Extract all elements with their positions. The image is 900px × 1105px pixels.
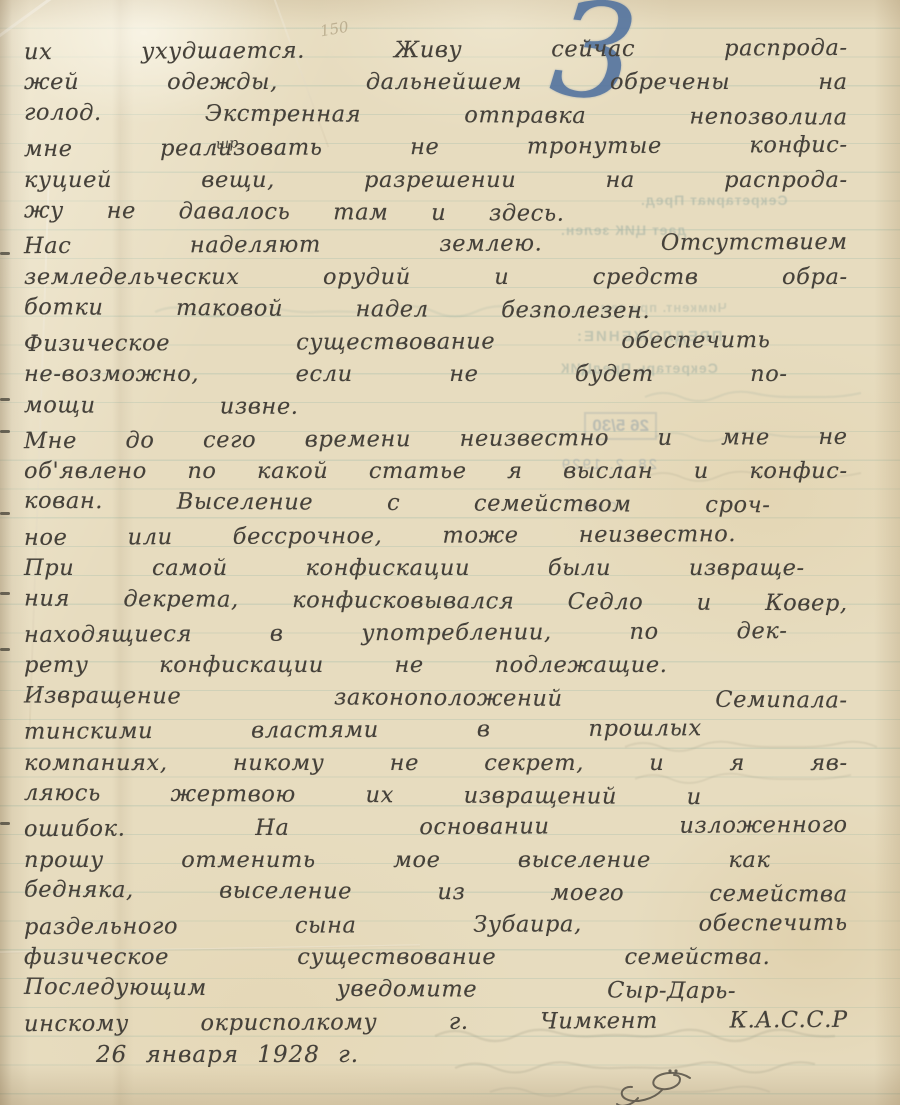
manuscript-line-1: их ухудшается. Живу сейчас распрода- xyxy=(24,32,848,69)
manuscript-line-18: ния декрета, конфисковывался Седло и Ков… xyxy=(24,582,848,619)
manuscript-line-5: куцией вещи, разрешении на распрода- xyxy=(24,164,848,196)
manuscript-page: Секретариат Пред. дает ЦИК зелен. Чимкен… xyxy=(0,0,900,1105)
manuscript-line-22: тинскими властями в прошлых xyxy=(24,712,702,748)
edge-ink-mark xyxy=(0,648,10,651)
manuscript-line-29: физическое существование семейства. xyxy=(24,941,770,973)
interline-insertion: шр xyxy=(215,135,238,153)
manuscript-line-6: жу не давалось там и здесь. xyxy=(24,194,565,230)
manuscript-line-23: компаниях, никому не секрет, и я яв- xyxy=(24,747,848,779)
edge-ink-mark xyxy=(0,252,10,255)
manuscript-line-20: рету конфискации не подлежащие. xyxy=(24,649,668,681)
manuscript-line-30: Последующим уведомите Сыр-Дарь- xyxy=(24,971,736,1008)
manuscript-line-27: бедняка, выселение из моего семейства xyxy=(24,874,848,911)
manuscript-line-31: инскому окрисполкому г. Чимкент К.А.С.С.… xyxy=(24,1004,848,1041)
manuscript-line-2: жей одежды, дальнейшем обречены на xyxy=(24,66,848,98)
manuscript-line-8: земледельческих орудий и средств обра- xyxy=(24,261,848,293)
edge-ink-mark xyxy=(0,430,10,433)
manuscript-line-13: Мне до сего времени неизвестно и мне не xyxy=(24,421,848,458)
manuscript-line-10: Физическое существование обеспечить xyxy=(24,324,771,360)
edge-ink-mark xyxy=(0,592,10,595)
manuscript-line-21: Извращение законоположений Семипала- xyxy=(24,679,848,716)
manuscript-line-4: мне реализовать не тронутые конфис- xyxy=(24,129,848,166)
signature-arabic-icon xyxy=(612,1068,702,1105)
manuscript-lines: их ухудшается. Живу сейчас распрода-жей … xyxy=(24,34,882,1038)
manuscript-line-26: прошу отменить мое выселение как xyxy=(24,844,770,876)
edge-ink-mark xyxy=(0,398,10,401)
manuscript-line-3: голод. Экстренная отправка непозволила xyxy=(24,96,848,133)
manuscript-line-25: ошибок. На основании изложенного xyxy=(24,809,848,846)
manuscript-line-7: Нас наделяют землею. Отсутствием xyxy=(24,226,848,263)
manuscript-line-19: находящиеся в употреблении, по дек- xyxy=(24,615,788,651)
manuscript-line-17: При самой конфискации были извраще- xyxy=(24,552,805,584)
manuscript-line-24: ляюсь жертвою их извращений и xyxy=(24,777,702,814)
manuscript-line-11: не-возможно, если не будет по- xyxy=(24,358,788,390)
manuscript-line-28: раздельного сына Зубаира, обеспечить xyxy=(24,906,848,943)
manuscript-line-16: ное или бессрочное, тоже неизвестно. xyxy=(24,518,736,554)
manuscript-line-14: об'явлено по какой статье я выслан и кон… xyxy=(24,455,848,487)
edge-ink-mark xyxy=(0,512,10,515)
manuscript-line-9: ботки таковой надел безполезен. xyxy=(24,291,651,327)
edge-ink-mark xyxy=(0,822,10,825)
date-line: 26 января 1928 г. xyxy=(96,1042,359,1068)
manuscript-line-15: кован. Выселение с семейством сроч- xyxy=(24,485,771,522)
manuscript-line-12: мощи извне. xyxy=(24,389,299,423)
